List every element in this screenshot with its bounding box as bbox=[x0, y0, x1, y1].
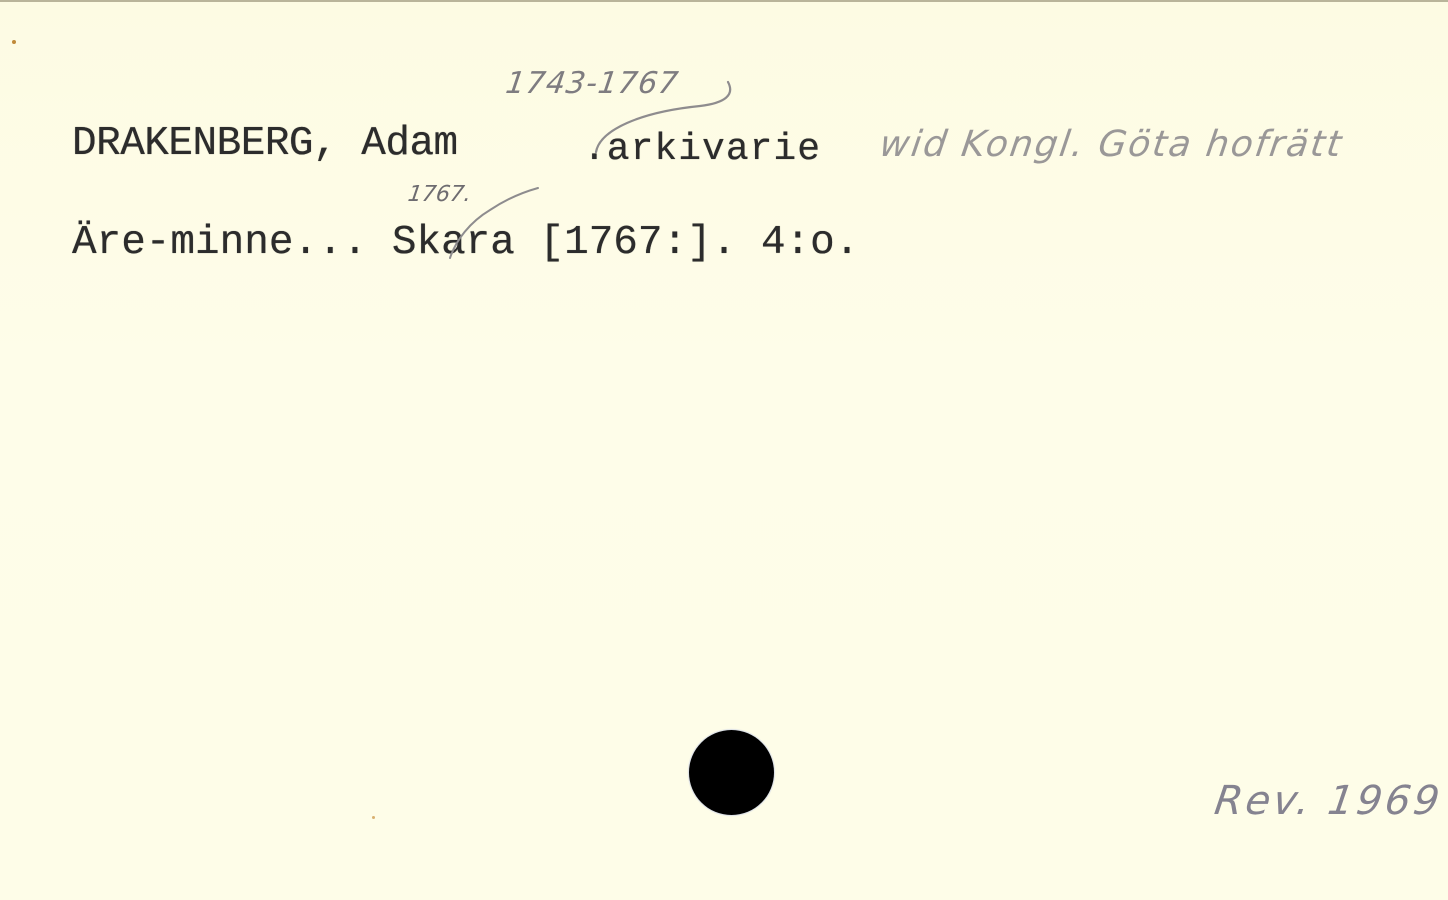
life-dates-annotation: 1743-1767 bbox=[504, 66, 681, 101]
punch-hole bbox=[689, 730, 774, 815]
revision-note: Rev. 1969 bbox=[1212, 778, 1446, 824]
paper-speck bbox=[12, 40, 16, 44]
author-role-typed: .arkivarie bbox=[583, 128, 821, 171]
author-heading: DRAKENBERG, Adam bbox=[72, 121, 458, 167]
date-text: [1767:]. bbox=[540, 220, 737, 266]
year-correction-annotation: 1767. bbox=[406, 182, 472, 207]
title-line: Äre-minne... Skara [1767:]. 4:o. bbox=[72, 220, 859, 266]
title-text: Äre-minne... bbox=[72, 220, 367, 266]
format-text: 4:o. bbox=[761, 220, 859, 266]
catalog-card: DRAKENBERG, Adam .arkivarie 1743-1767 wi… bbox=[0, 0, 1448, 900]
role-affiliation-annotation: wid Kongl. Göta hofrätt bbox=[877, 124, 1346, 165]
place-text: Skara bbox=[392, 220, 515, 266]
card-top-edge bbox=[0, 0, 1448, 2]
paper-speck bbox=[372, 816, 375, 819]
